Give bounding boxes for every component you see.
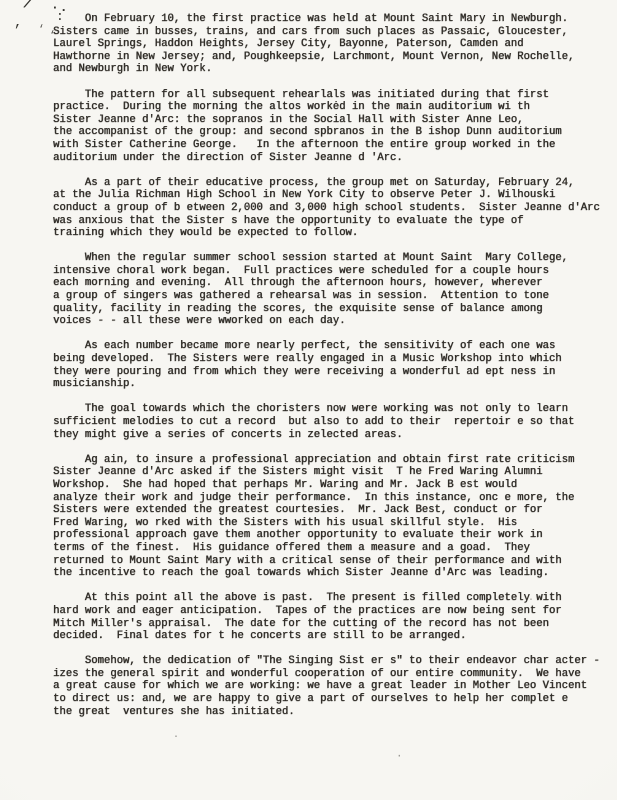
- paragraph-dedication: Somehow, the dedication of "The Singing …: [53, 655, 600, 718]
- ink-speck: .: [173, 731, 179, 741]
- ink-speck: ·: [396, 752, 403, 763]
- paragraph-present-status: At this point all the above is past. The…: [53, 592, 600, 642]
- paragraph-summer-session: When the regular summer school session s…: [53, 252, 600, 328]
- document-text: On February 10, the first practice was h…: [53, 13, 600, 731]
- paragraph-goal: The goal towards which the choristers no…: [53, 403, 600, 441]
- ink-speck: ,: [14, 16, 22, 30]
- paragraph-rehearsal-pattern: The pattern for all subsequent rehearlal…: [53, 89, 600, 165]
- ink-speck: /: [21, 0, 35, 14]
- paragraph-music-workshop: As each number became more nearly perfec…: [53, 340, 600, 390]
- paragraph-first-practice: On February 10, the first practice was h…: [53, 13, 600, 76]
- paragraph-julia-richman-visit: As a part of their educative process, th…: [53, 177, 600, 240]
- paragraph-fred-waring: Ag ain, to insure a professional appreci…: [53, 454, 600, 580]
- scanned-document-page: / ·. : , ‘ ‘ . · · On February 10, the f…: [0, 0, 617, 800]
- ink-speck: ‘: [38, 25, 45, 36]
